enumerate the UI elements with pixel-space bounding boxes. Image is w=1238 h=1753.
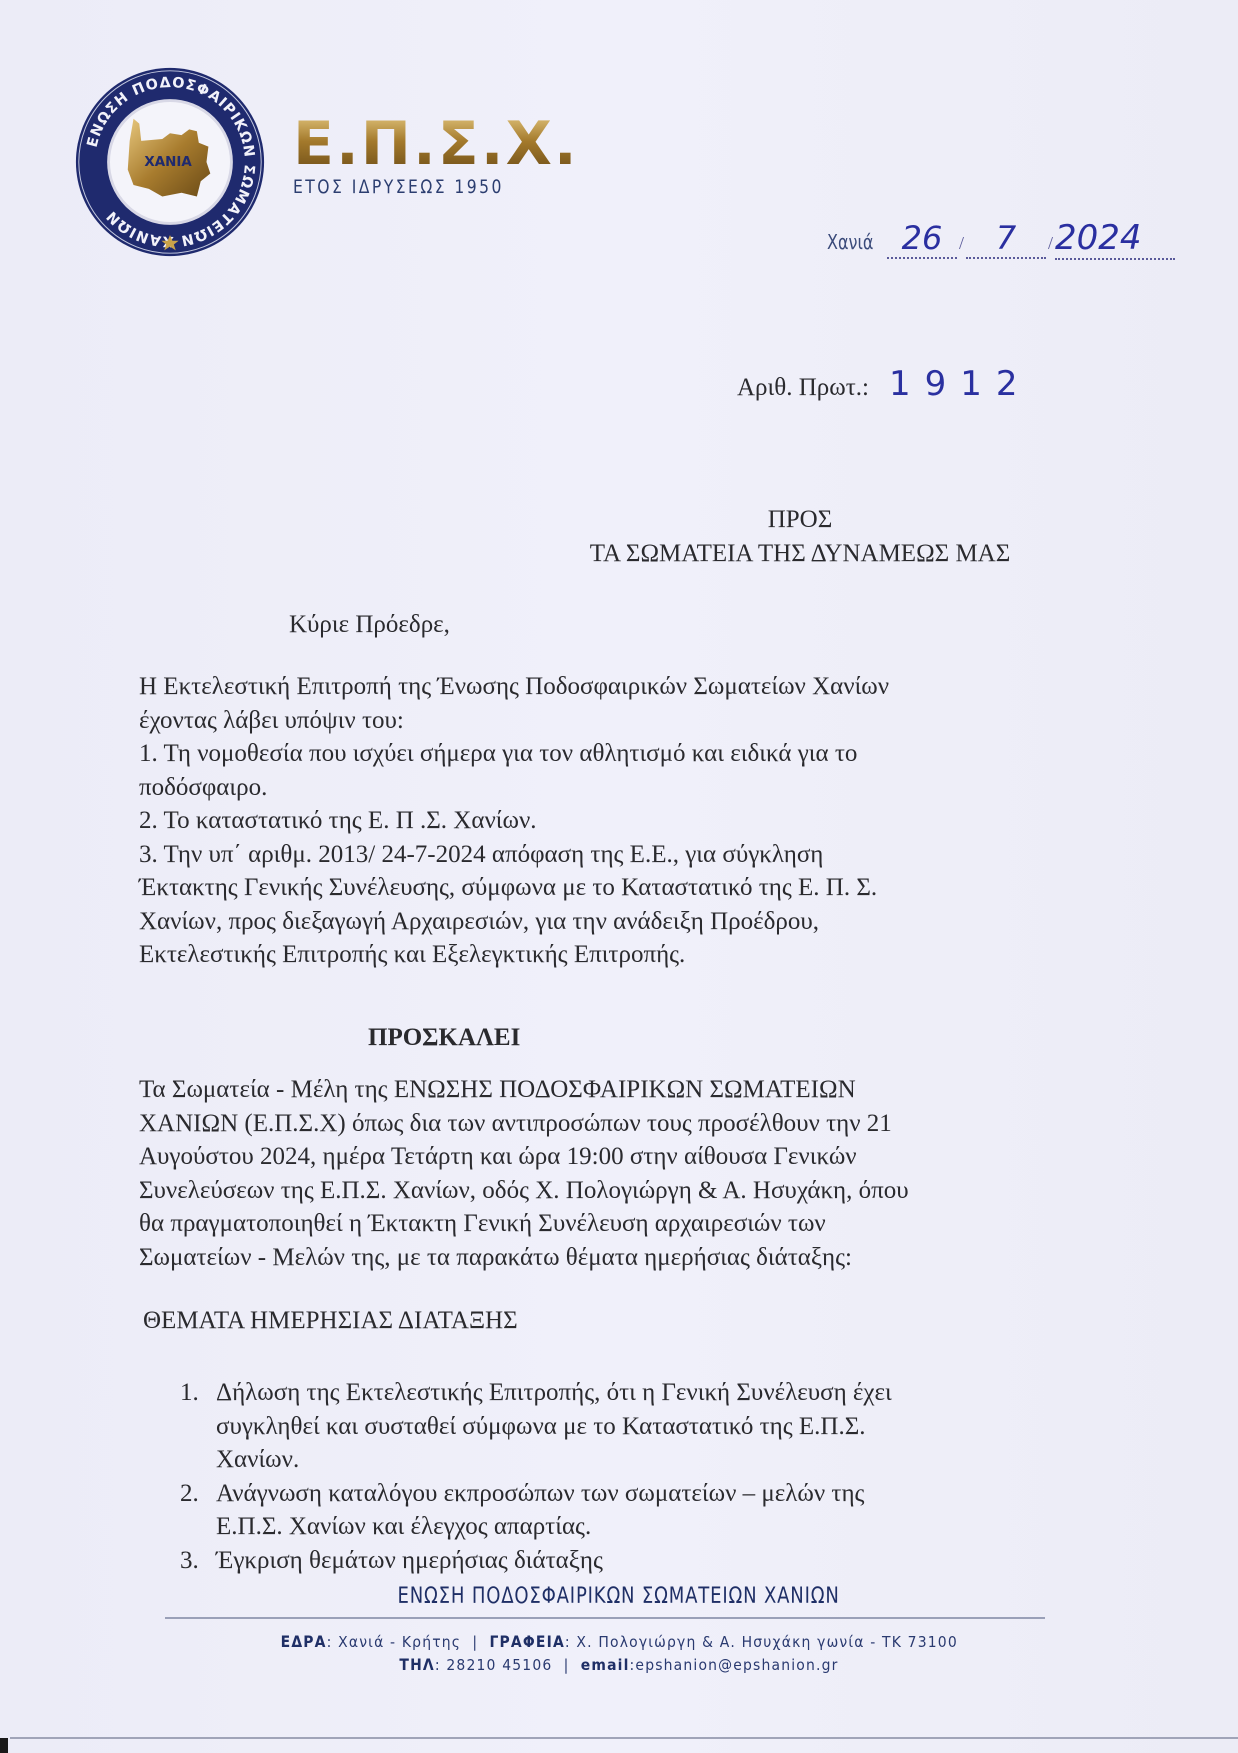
agenda-item-line: Ε.Π.Σ. Χανίων και έλεγχος απαρτίας. [216, 1510, 864, 1544]
email-value[interactable]: epshanion@epshanion.gr [635, 1656, 838, 1674]
footer-org-name-text: ΕΝΩΣΗ ΠΟΔΟΣΦΑΙΡΙΚΩΝ ΣΩΜΑΤΕΙΩΝ ΧΑΝΙΩΝ [398, 1584, 840, 1609]
agenda-item-text: Ανάγνωση καταλόγου εκπροσώπων των σωματε… [216, 1477, 864, 1544]
agenda-item-line: συγκληθεί και συσταθεί σύμφωνα με το Κατ… [216, 1410, 892, 1444]
intro-line: 2. Το καταστατικό της Ε. Π .Σ. Χανίων. [139, 804, 1059, 838]
protocol-value: 1912 [889, 364, 1032, 404]
agenda-item-line: Ανάγνωση καταλόγου εκπροσώπων των σωματε… [216, 1477, 864, 1511]
intro-line: ποδόσφαιρο. [139, 771, 1059, 805]
protocol-label: Αριθ. Πρωτ.: [737, 374, 869, 402]
intro-line: Εκτελεστικής Επιτροπής και Εξελεγκτικής … [139, 938, 1059, 972]
offices-value: Χ. Πολογιώργη & Α. Ησυχάκη γωνία - ΤΚ 73… [576, 1633, 958, 1651]
date-day: 26 [887, 219, 957, 259]
agenda-item-line: Δήλωση της Εκτελεστικής Επιτροπής, ότι η… [216, 1376, 892, 1410]
offices-label: ΓΡΑΦΕΙΑ [489, 1633, 564, 1651]
seat-label: ΕΔΡΑ [280, 1633, 326, 1651]
agenda-title: ΘΕΜΑΤΑ ΗΜΕΡΗΣΙΑΣ ΔΙΑΤΑΞΗΣ [143, 1307, 518, 1335]
agenda-item-number: 1. [180, 1376, 216, 1477]
phone-value: 28210 45106 [446, 1656, 552, 1674]
agenda-item-text: Δήλωση της Εκτελεστικής Επιτροπής, ότι η… [216, 1376, 892, 1477]
invite-line: Τα Σωματεία - Μέλη της ΕΝΩΣΗΣ ΠΟΔΟΣΦΑΙΡΙ… [139, 1073, 1059, 1107]
date-month: 7 [966, 219, 1046, 259]
invite-heading: ΠΡΟΣΚΑΛΕΙ [368, 1024, 520, 1052]
brand-block: Ε.Π.Σ.Χ. ΕΤΟΣ ΙΔΡΥΣΕΩΣ 1950 [293, 114, 579, 198]
intro-line: Η Εκτελεστική Επιτροπή της Ένωσης Ποδοσφ… [139, 670, 1059, 704]
date-separator: / [959, 233, 964, 254]
invite-line: ΧΑΝΙΩΝ (Ε.Π.Σ.Χ) όπως δια των αντιπροσώπ… [139, 1107, 1059, 1141]
brand-subtitle: ΕΤΟΣ ΙΔΡΥΣΕΩΣ 1950 [293, 176, 527, 198]
recipient-line-2: ΤΑ ΣΩΜΑΤΕΙΑ ΤΗΣ ΔΥΝΑΜΕΩΣ ΜΑΣ [420, 537, 1180, 571]
footer-divider [165, 1617, 1045, 1619]
seat-value: Χανιά - Κρήτης [338, 1633, 461, 1651]
brand-title: Ε.Π.Σ.Χ. [293, 114, 579, 174]
invite-line: θα πραγματοποιηθεί η Έκτακτη Γενική Συνέ… [139, 1207, 1059, 1241]
date-separator: / [1048, 233, 1053, 254]
document-page: ΕΝΩΣΗ ΠΟΔΟΣΦΑΙΡΙΚΩΝ ΣΩΜΑΤΕΙΩΝ ΧΑΝΙΩΝ ΧΑΝ… [0, 0, 1238, 1753]
date-place: Χανιά [827, 230, 875, 254]
agenda-item: 3. Έγκριση θεμάτων ημερήσιας διάταξης [180, 1544, 1040, 1578]
intro-line: Χανίων, προς διεξαγωγή Αρχαιρεσιών, για … [139, 905, 1059, 939]
intro-line: 1. Τη νομοθεσία που ισχύει σήμερα για το… [139, 737, 1059, 771]
protocol-number: Αριθ. Πρωτ.: 1912 [737, 364, 1032, 404]
agenda-item-number: 2. [180, 1477, 216, 1544]
invite-line: Συνελεύσεων της Ε.Π.Σ. Χανίων, οδός Χ. Π… [139, 1174, 1059, 1208]
intro-line: έχοντας λάβει υπόψιν του: [139, 704, 1059, 738]
intro-line: Έκτακτης Γενικής Συνέλευσης, σύμφωνα με … [139, 871, 1059, 905]
footer-contact-line: ΤΗΛ: 28210 45106 | email:epshanion@epsha… [0, 1656, 1238, 1674]
footer-address-line: ΕΔΡΑ: Χανιά - Κρήτης | ΓΡΑΦΕΙΑ: Χ. Πολογ… [0, 1633, 1238, 1651]
intro-line: 3. Την υπ΄ αριθμ. 2013/ 24-7-2024 απόφασ… [139, 838, 1059, 872]
scan-corner-mark [0, 1738, 8, 1753]
agenda-item: 2. Ανάγνωση καταλόγου εκπροσώπων των σωμ… [180, 1477, 1040, 1544]
phone-label: ΤΗΛ [399, 1656, 435, 1674]
recipient-line-1: ΠΡΟΣ [420, 503, 1180, 537]
date-year: 2024 [1055, 218, 1175, 260]
intro-paragraph: Η Εκτελεστική Επιτροπή της Ένωσης Ποδοσφ… [139, 670, 1059, 972]
agenda-item-text: Έγκριση θεμάτων ημερήσιας διάταξης [216, 1544, 603, 1578]
agenda-list: 1. Δήλωση της Εκτελεστικής Επιτροπής, ότ… [180, 1376, 1040, 1577]
invite-line: Σωματείων - Μελών της, με τα παρακάτω θέ… [139, 1241, 1059, 1275]
epsx-seal-logo-icon: ΕΝΩΣΗ ΠΟΔΟΣΦΑΙΡΙΚΩΝ ΣΩΜΑΤΕΙΩΝ ΧΑΝΙΩΝ ΧΑΝ… [74, 66, 266, 258]
agenda-item-number: 3. [180, 1544, 216, 1578]
agenda-item-line: Χανίων. [216, 1443, 892, 1477]
recipient-block: ΠΡΟΣ ΤΑ ΣΩΜΑΤΕΙΑ ΤΗΣ ΔΥΝΑΜΕΩΣ ΜΑΣ [420, 503, 1180, 571]
dateline: Χανιά 26 / 7 / 2024 [827, 218, 1175, 260]
svg-text:ΧΑΝΙΑ: ΧΑΝΙΑ [144, 155, 192, 170]
footer-org-name: ΕΝΩΣΗ ΠΟΔΟΣΦΑΙΡΙΚΩΝ ΣΩΜΑΤΕΙΩΝ ΧΑΝΙΩΝ [0, 1584, 1238, 1609]
scan-edge-line [10, 1737, 1238, 1739]
salutation: Κύριε Πρόεδρε, [289, 611, 450, 639]
invite-line: Αυγούστου 2024, ημέρα Τετάρτη και ώρα 19… [139, 1140, 1059, 1174]
invite-paragraph: Τα Σωματεία - Μέλη της ΕΝΩΣΗΣ ΠΟΔΟΣΦΑΙΡΙ… [139, 1073, 1059, 1274]
agenda-item-line: Έγκριση θεμάτων ημερήσιας διάταξης [216, 1544, 603, 1578]
email-label: email [581, 1656, 630, 1674]
agenda-item: 1. Δήλωση της Εκτελεστικής Επιτροπής, ότ… [180, 1376, 1040, 1477]
